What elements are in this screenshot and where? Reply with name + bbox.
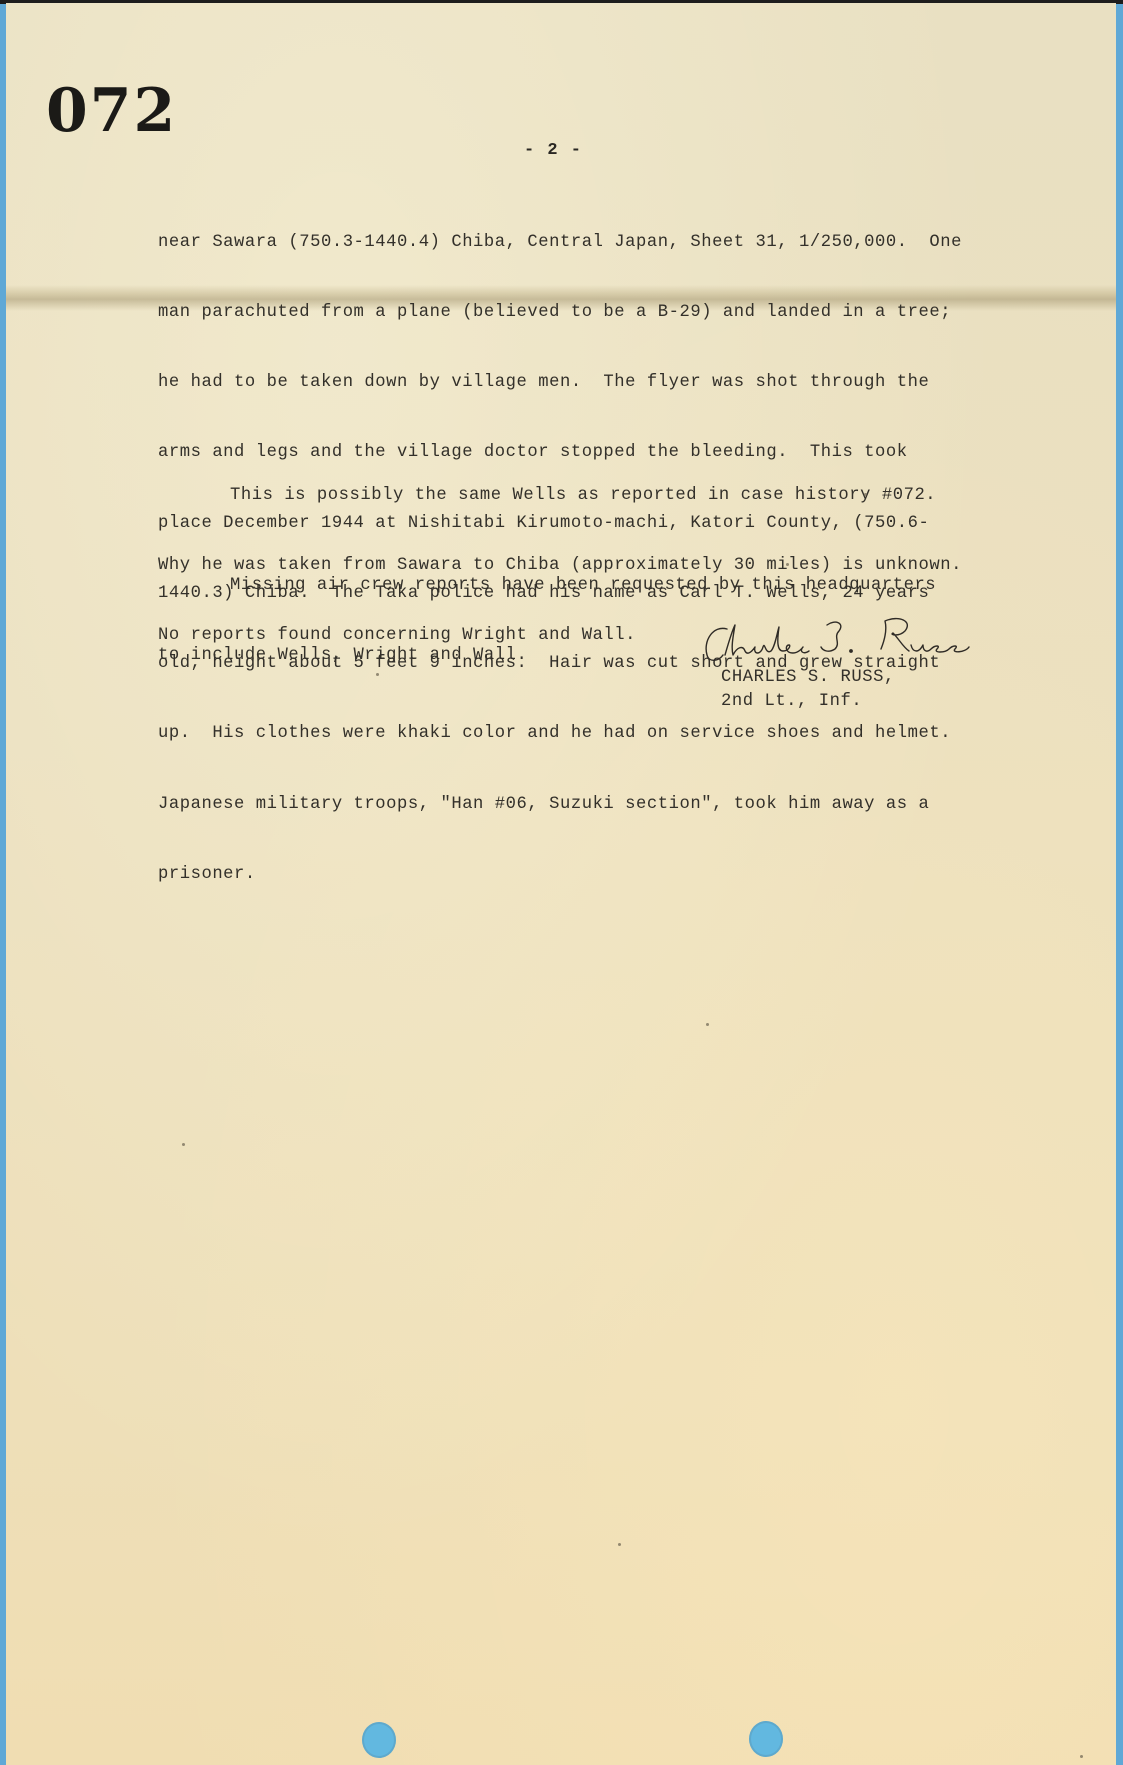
text-line: up. His clothes were khaki color and he … xyxy=(158,722,962,745)
text-line: Missing air crew reports have been reque… xyxy=(158,574,936,597)
scanned-document: 072 - 2 - near Sawara (750.3-1440.4) Chi… xyxy=(0,0,1123,1765)
document-page: 072 - 2 - near Sawara (750.3-1440.4) Chi… xyxy=(6,3,1116,1765)
text-line: man parachuted from a plane (believed to… xyxy=(158,301,962,324)
text-line: near Sawara (750.3-1440.4) Chiba, Centra… xyxy=(158,231,962,254)
signatory-rank: 2nd Lt., Inf. xyxy=(721,690,862,713)
paper-speck xyxy=(864,493,867,496)
signatory-name: CHARLES S. RUSS, xyxy=(721,666,895,689)
paper-speck xyxy=(706,1023,709,1026)
paper-speck xyxy=(786,563,789,566)
text-line: Japanese military troops, "Han #06, Suzu… xyxy=(158,793,962,816)
paper-speck xyxy=(182,1143,185,1146)
page-number: - 2 - xyxy=(524,141,581,160)
paper-speck xyxy=(618,1543,621,1546)
text-line: he had to be taken down by village men. … xyxy=(158,371,962,394)
text-line: prisoner. xyxy=(158,863,962,886)
handwritten-signature xyxy=(699,611,1009,671)
case-number-stamp: 072 xyxy=(46,81,177,141)
punch-hole-right xyxy=(749,1721,783,1757)
punch-hole-left xyxy=(362,1722,396,1758)
paper-speck xyxy=(376,673,379,676)
text-line: This is possibly the same Wells as repor… xyxy=(158,484,962,507)
paper-speck xyxy=(1080,1755,1083,1758)
